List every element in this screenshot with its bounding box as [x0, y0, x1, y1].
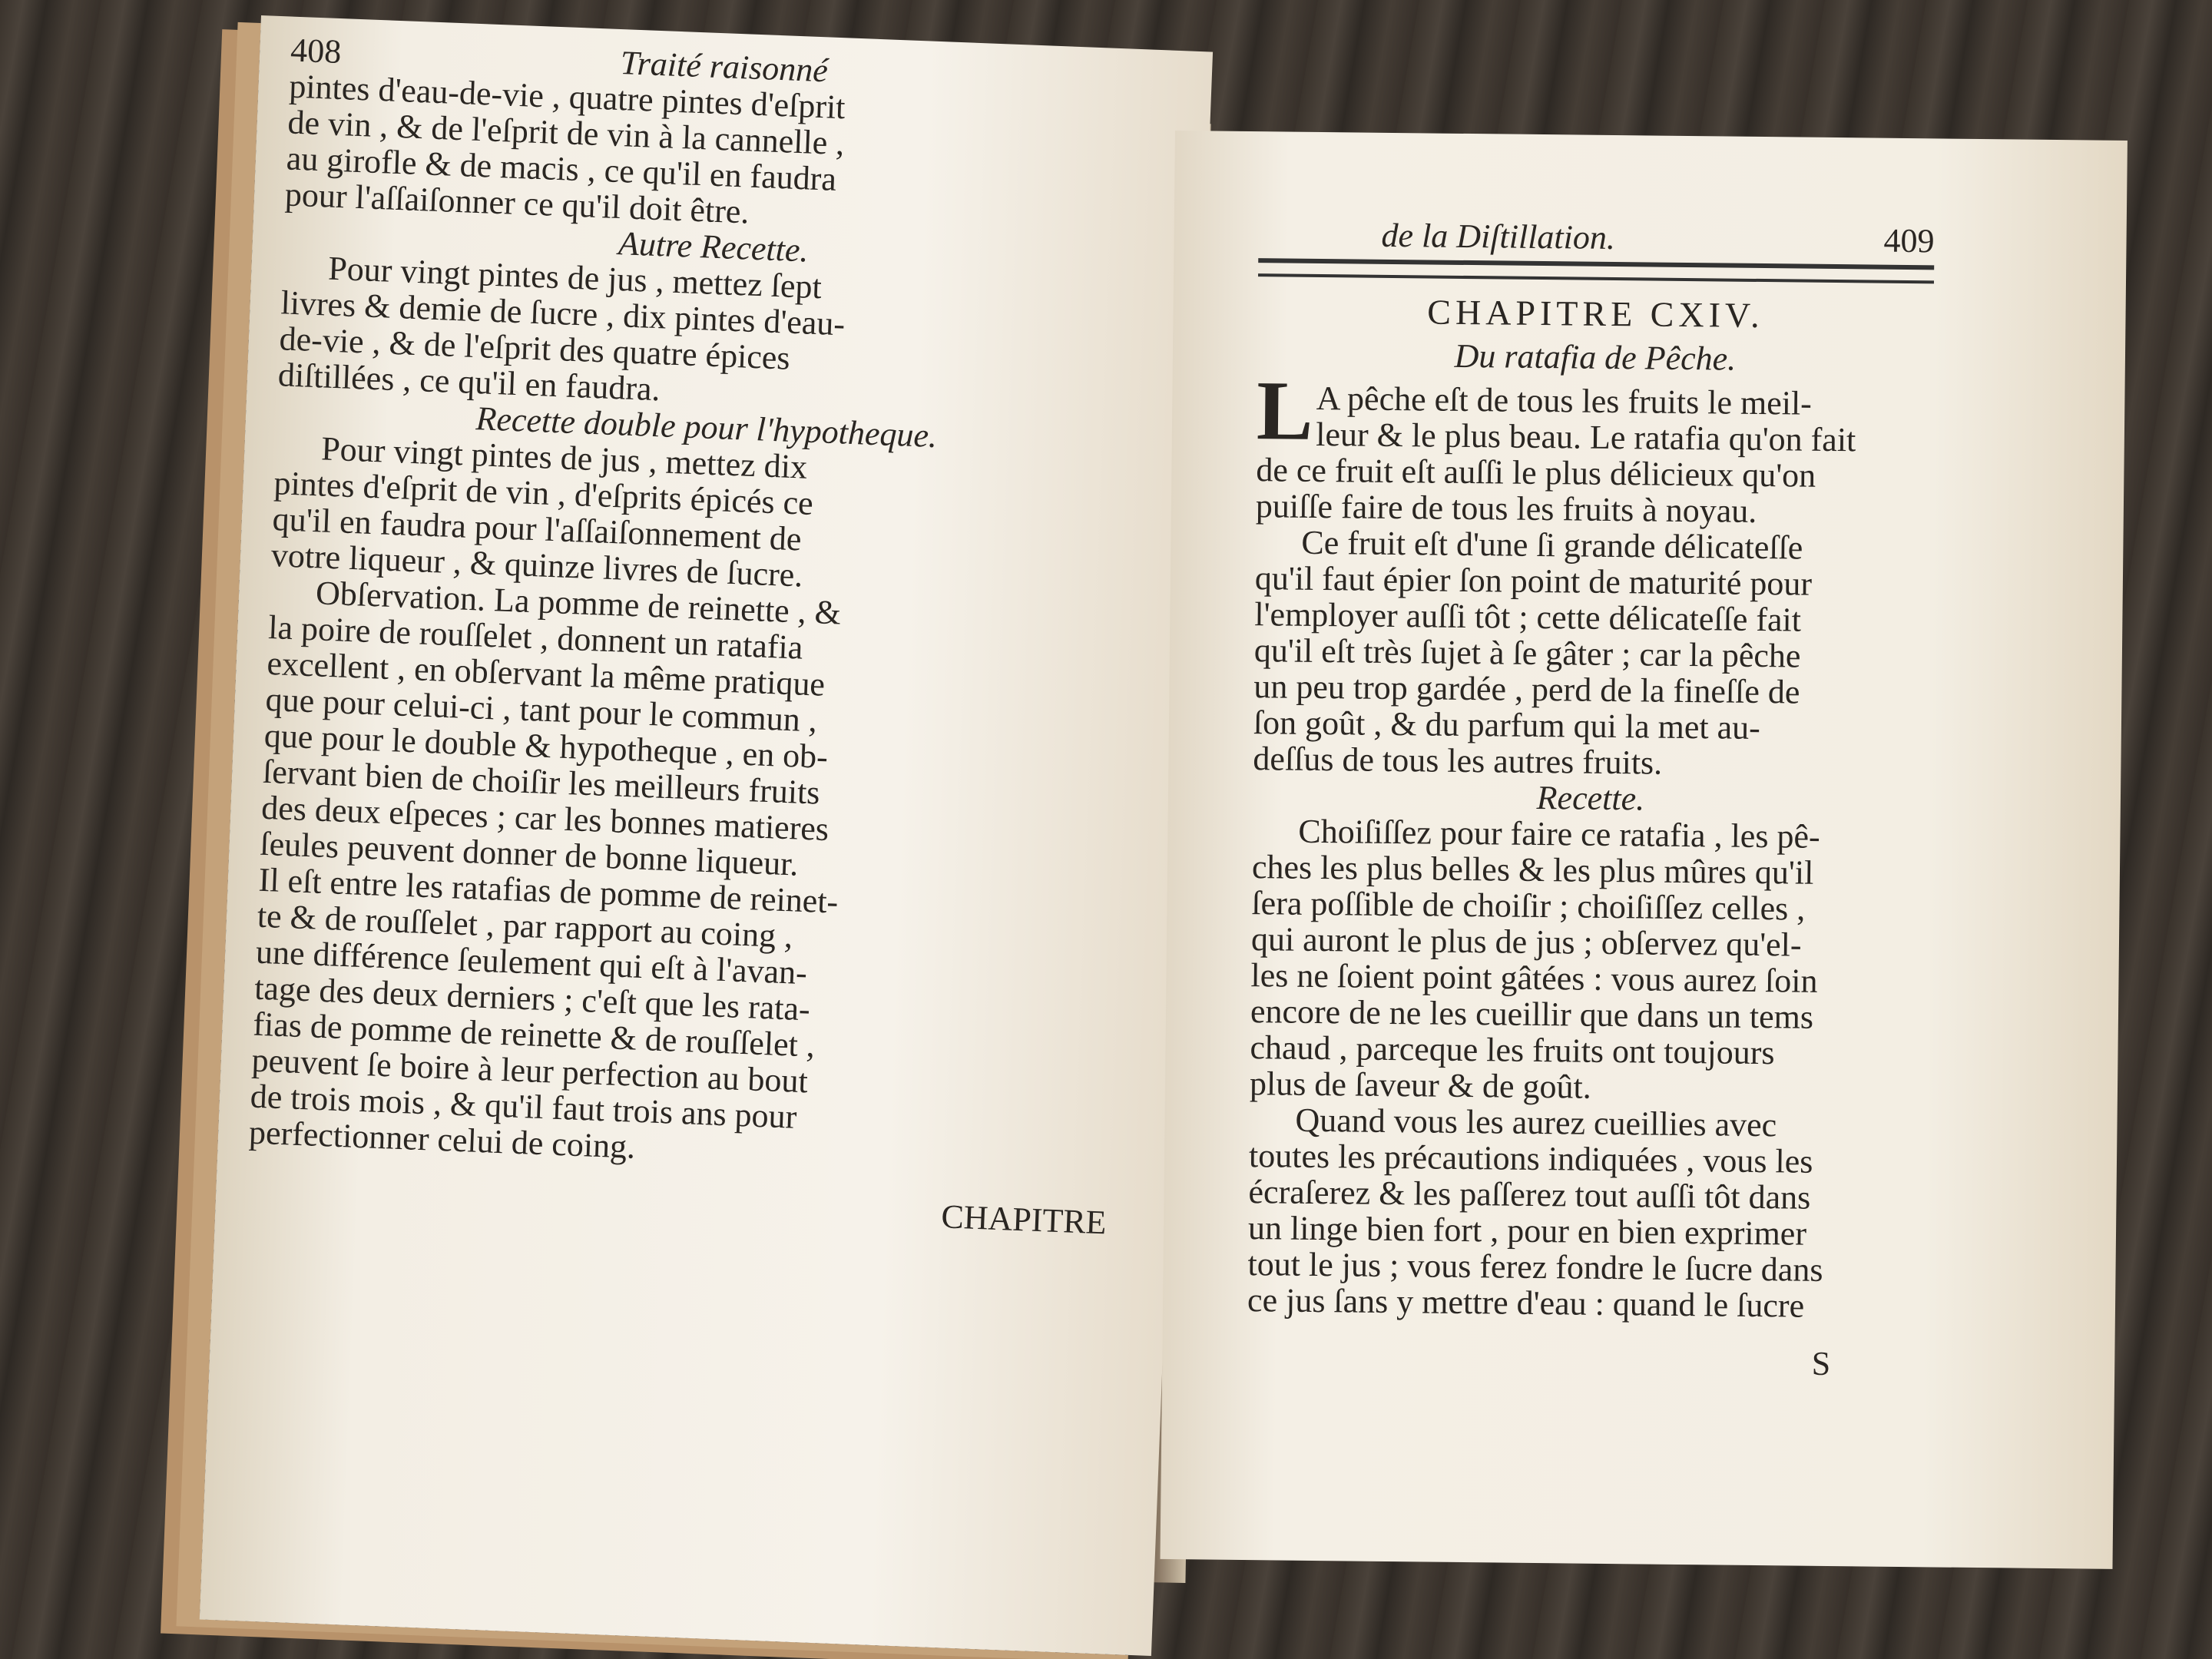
signature-mark: S [1247, 1339, 1922, 1382]
catchword: CHAPITRE [246, 1171, 1107, 1240]
paragraph: Choiſiſſez pour faire ce ratafia , les p… [1250, 813, 1929, 1108]
paragraph: Ce fruit eſt d'une ſi grande délicateſſe… [1253, 524, 1931, 783]
paragraph: L A pêche eſt de tous les fruits le meil… [1256, 379, 1933, 531]
paragraph: Obſervation. La pomme de reinette , & la… [248, 573, 1130, 1183]
left-page-text: 408 Traité raisonné pintes d'eau-de-vie … [246, 32, 1151, 1241]
right-page-text: de la Diſtillation. 409 CHAPITRE CXIV. D… [1247, 216, 1935, 1382]
page-number: 408 [290, 32, 342, 70]
right-page: de la Diſtillation. 409 CHAPITRE CXIV. D… [1161, 131, 2128, 1569]
right-folio: de la Diſtillation. 409 [1258, 216, 1934, 259]
paragraph: Quand vous les aurez cueillies avec tout… [1247, 1101, 1926, 1325]
page-number: 409 [1883, 223, 1934, 260]
chapter-title: CHAPITRE CXIV. [1257, 292, 1933, 335]
double-rule [1258, 258, 1934, 283]
section-title: Du ratafia de Pêche. [1257, 336, 1933, 379]
open-book: 408 Traité raisonné pintes d'eau-de-vie … [0, 0, 2212, 1659]
left-page: 408 Traité raisonné pintes d'eau-de-vie … [200, 15, 1213, 1656]
running-head: de la Diſtillation. [1381, 217, 1615, 256]
text-line: deſſus de tous les autres fruits. [1253, 740, 1929, 783]
drop-cap: L [1257, 379, 1313, 442]
